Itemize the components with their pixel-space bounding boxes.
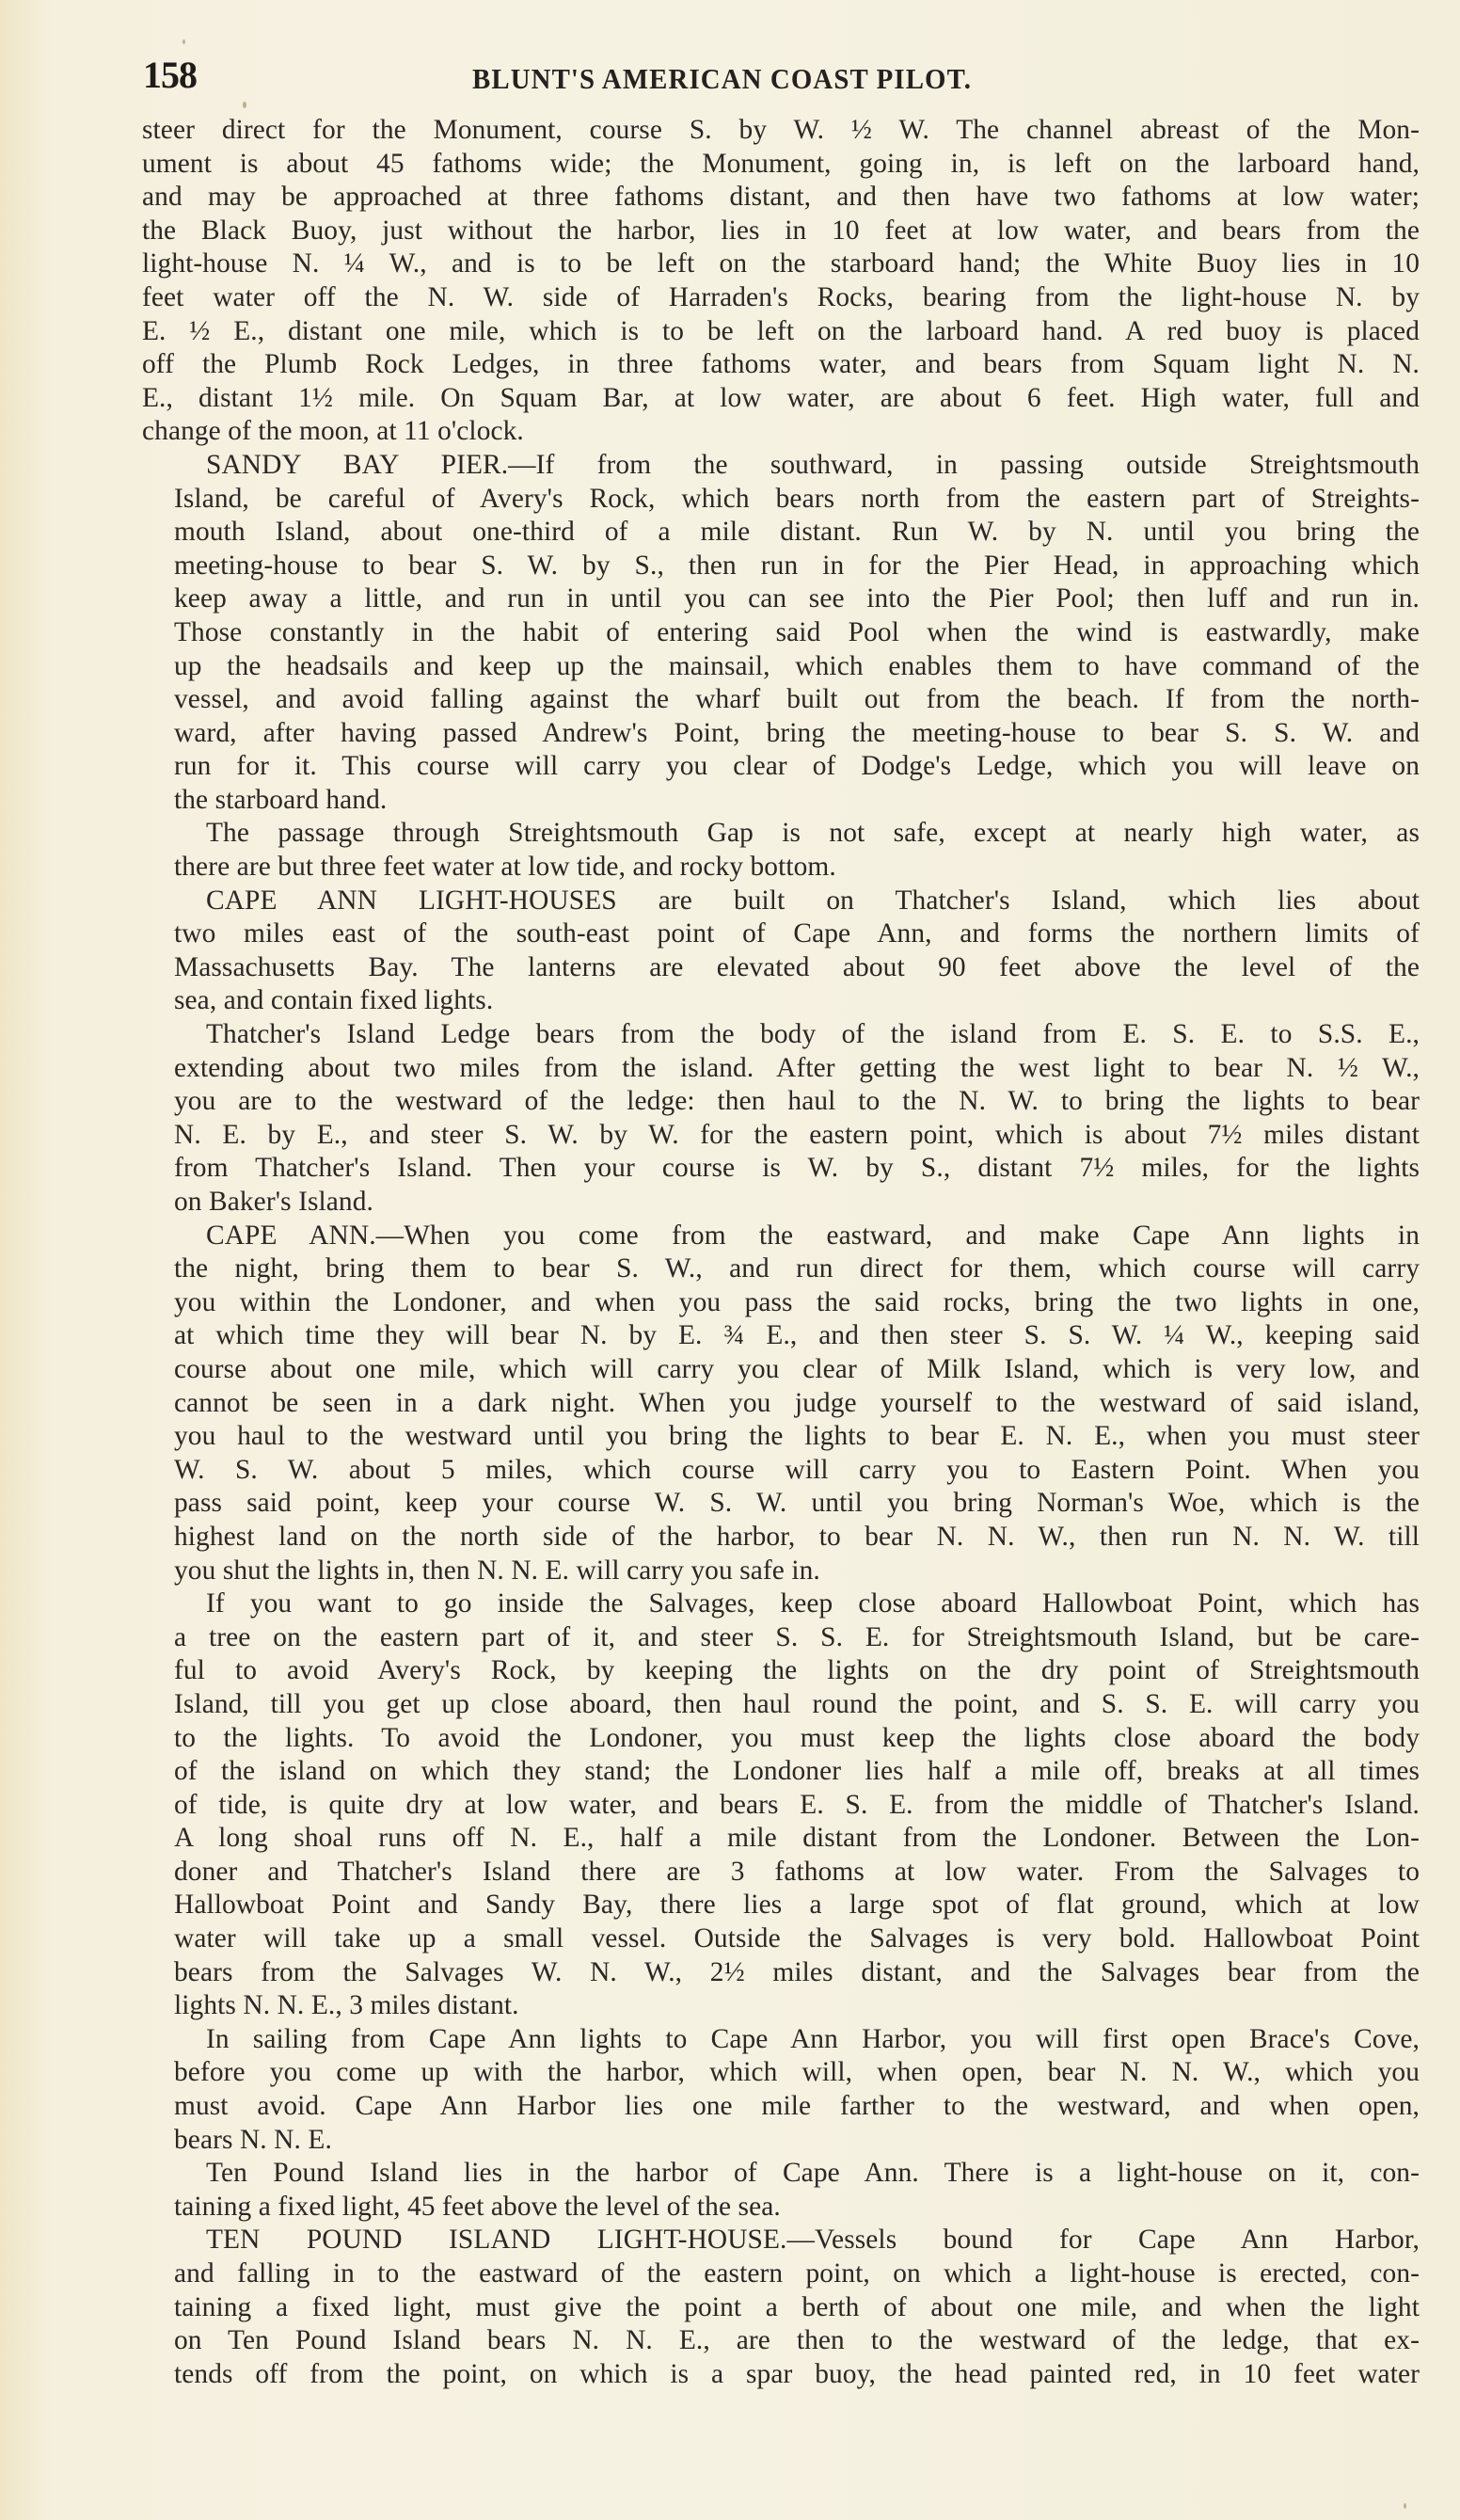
text-line: Thatcher's Island Ledge bears from the b… — [142, 1018, 1420, 1052]
text-line: sea, and contain fixed lights. — [142, 984, 1420, 1018]
text-line: steer direct for the Monument, course S.… — [142, 114, 1420, 148]
text-line: Those constantly in the habit of enterin… — [142, 616, 1420, 650]
paragraph: Ten Pound Island lies in the harbor of C… — [142, 2157, 1420, 2224]
text-line: Island, be careful of Avery's Rock, whic… — [142, 483, 1420, 517]
page-header: 158 BLUNT'S AMERICAN COAST PILOT. — [143, 53, 1420, 100]
text-line: In sailing from Cape Ann lights to Cape … — [142, 2023, 1420, 2057]
text-line: two miles east of the south-east point o… — [142, 917, 1420, 951]
text-line: meeting-house to bear S. W. by S., then … — [142, 550, 1420, 583]
paper-speck — [182, 40, 185, 44]
text-line: run for it. This course will carry you c… — [142, 750, 1420, 784]
text-line: and falling in to the eastward of the ea… — [142, 2257, 1420, 2291]
text-line: The passage through Streightsmouth Gap i… — [142, 817, 1420, 851]
paper-speck — [243, 102, 246, 108]
paragraph: Thatcher's Island Ledge bears from the b… — [142, 1018, 1420, 1220]
paragraph: CAPE ANN LIGHT-HOUSES are built on Thatc… — [142, 885, 1420, 1018]
text-line: TEN POUND ISLAND LIGHT-HOUSE.—Vessels bo… — [142, 2224, 1420, 2257]
text-line: ward, after having passed Andrew's Point… — [142, 717, 1420, 751]
text-line: Island, till you get up close aboard, th… — [142, 1688, 1420, 1722]
text-line: on Ten Pound Island bears N. N. E., are … — [142, 2324, 1420, 2358]
text-line: of the island on which they stand; the L… — [142, 1755, 1420, 1789]
text-line: there are but three feet water at low ti… — [142, 851, 1420, 885]
text-line: you shut the lights in, then N. N. E. wi… — [142, 1555, 1420, 1588]
text-line: a tree on the eastern part of it, and st… — [142, 1621, 1420, 1655]
paragraph: TEN POUND ISLAND LIGHT-HOUSE.—Vessels bo… — [142, 2224, 1420, 2391]
text-line: up the headsails and keep up the mainsai… — [142, 650, 1420, 684]
text-line: to the lights. To avoid the Londoner, yo… — [142, 1722, 1420, 1756]
text-line: doner and Thatcher's Island there are 3 … — [142, 1856, 1420, 1890]
text-line: off the Plumb Rock Ledges, in three fath… — [142, 348, 1420, 382]
paragraph: steer direct for the Monument, course S.… — [142, 114, 1420, 449]
text-line: ument is about 45 fathoms wide; the Monu… — [142, 148, 1420, 182]
text-line: ful to avoid Avery's Rock, by keeping th… — [142, 1654, 1420, 1688]
paragraph: In sailing from Cape Ann lights to Cape … — [142, 2023, 1420, 2157]
running-title: BLUNT'S AMERICAN COAST PILOT. — [472, 62, 972, 96]
page-number: 158 — [143, 53, 197, 97]
text-line: tends off from the point, on which is a … — [142, 2358, 1420, 2392]
text-line: of tide, is quite dry at low water, and … — [142, 1789, 1420, 1823]
text-line: CAPE ANN.—When you come from the eastwar… — [142, 1220, 1420, 1253]
text-line: light-house N. ¼ W., and is to be left o… — [142, 247, 1420, 281]
paragraph: The passage through Streightsmouth Gap i… — [142, 817, 1420, 884]
text-line: bears N. N. E. — [142, 2124, 1420, 2158]
text-line: W. S. W. about 5 miles, which course wil… — [142, 1454, 1420, 1488]
text-line: must avoid. Cape Ann Harbor lies one mil… — [142, 2090, 1420, 2124]
text-line: before you come up with the harbor, whic… — [142, 2056, 1420, 2090]
text-line: extending about two miles from the islan… — [142, 1052, 1420, 1086]
text-line: water will take up a small vessel. Outsi… — [142, 1922, 1420, 1956]
text-line: at which time they will bear N. by E. ¾ … — [142, 1319, 1420, 1353]
paragraph: CAPE ANN.—When you come from the eastwar… — [142, 1220, 1420, 1588]
text-line: change of the moon, at 11 o'clock. — [142, 415, 1420, 449]
text-line: cannot be seen in a dark night. When you… — [142, 1387, 1420, 1421]
text-line: the starboard hand. — [142, 784, 1420, 818]
text-line: Massachusetts Bay. The lanterns are elev… — [142, 951, 1420, 985]
text-line: the Black Buoy, just without the harbor,… — [142, 215, 1420, 248]
paragraph: SANDY BAY PIER.—If from the southward, i… — [142, 449, 1420, 818]
text-line: lights N. N. E., 3 miles distant. — [142, 1989, 1420, 2023]
text-line: pass said point, keep your course W. S. … — [142, 1487, 1420, 1521]
text-line: you within the Londoner, and when you pa… — [142, 1286, 1420, 1320]
text-line: you haul to the westward until you bring… — [142, 1420, 1420, 1454]
text-line: feet water off the N. W. side of Harrade… — [142, 281, 1420, 315]
text-line: on Baker's Island. — [142, 1186, 1420, 1220]
text-line: mouth Island, about one-third of a mile … — [142, 516, 1420, 550]
text-line: and may be approached at three fathoms d… — [142, 181, 1420, 215]
text-line: keep away a little, and run in until you… — [142, 582, 1420, 616]
text-line: taining a fixed light, must give the poi… — [142, 2291, 1420, 2325]
text-line: vessel, and avoid falling against the wh… — [142, 683, 1420, 717]
text-line: N. E. by E., and steer S. W. by W. for t… — [142, 1119, 1420, 1153]
text-line: E., distant 1½ mile. On Squam Bar, at lo… — [142, 382, 1420, 416]
text-line: If you want to go inside the Salvages, k… — [142, 1587, 1420, 1621]
text-line: SANDY BAY PIER.—If from the southward, i… — [142, 449, 1420, 483]
text-line: from Thatcher's Island. Then your course… — [142, 1152, 1420, 1186]
paper-speck — [1404, 2503, 1406, 2509]
text-line: you are to the westward of the ledge: th… — [142, 1085, 1420, 1119]
paragraph: If you want to go inside the Salvages, k… — [142, 1587, 1420, 2023]
text-line: Ten Pound Island lies in the harbor of C… — [142, 2157, 1420, 2191]
text-line: course about one mile, which will carry … — [142, 1353, 1420, 1387]
text-line: bears from the Salvages W. N. W., 2½ mil… — [142, 1956, 1420, 1990]
body-text: steer direct for the Monument, course S.… — [142, 114, 1420, 2391]
text-line: highest land on the north side of the ha… — [142, 1521, 1420, 1555]
text-line: A long shoal runs off N. E., half a mile… — [142, 1822, 1420, 1856]
text-line: taining a fixed light, 45 feet above the… — [142, 2191, 1420, 2225]
text-line: E. ½ E., distant one mile, which is to b… — [142, 315, 1420, 349]
text-line: Hallowboat Point and Sandy Bay, there li… — [142, 1889, 1420, 1922]
text-line: CAPE ANN LIGHT-HOUSES are built on Thatc… — [142, 885, 1420, 918]
text-line: the night, bring them to bear S. W., and… — [142, 1252, 1420, 1286]
